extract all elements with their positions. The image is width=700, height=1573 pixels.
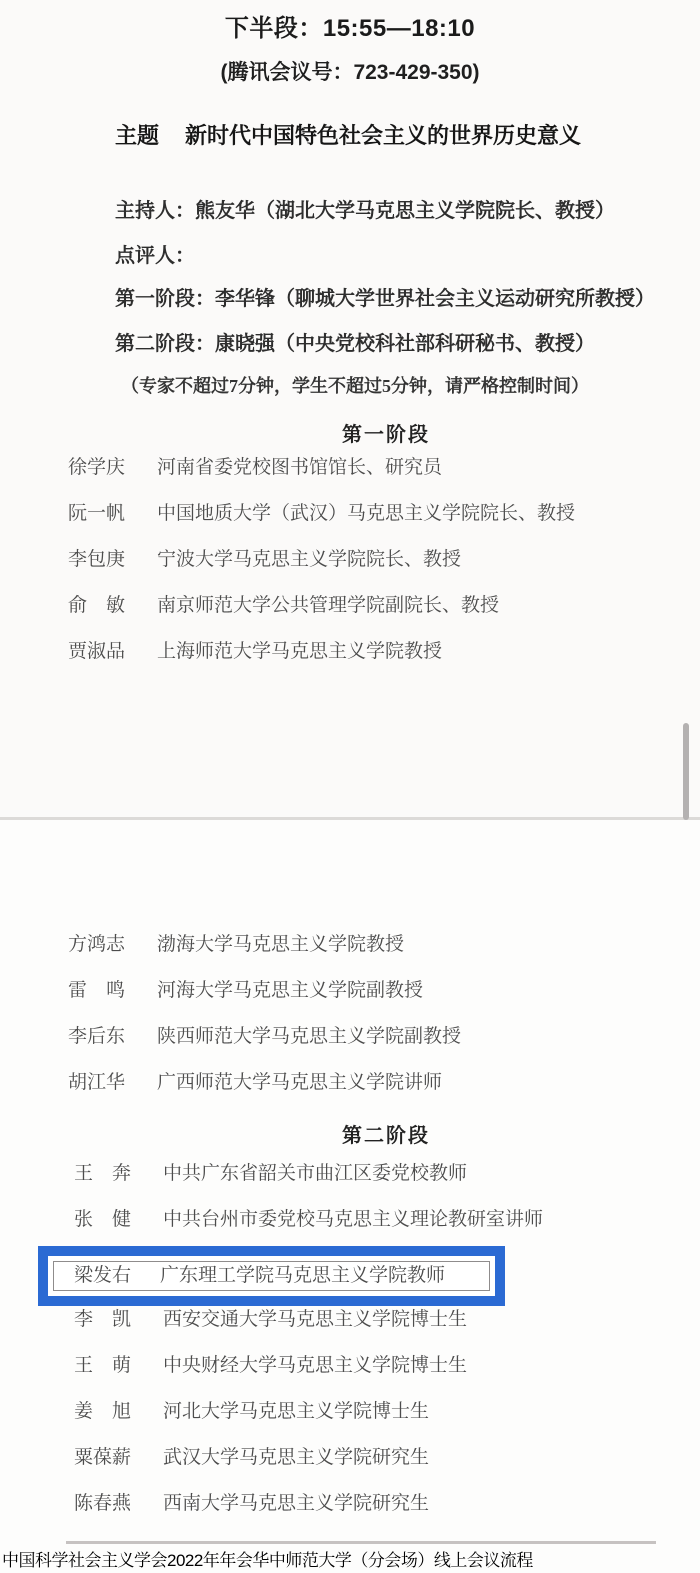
image-caption: 中国科学社会主义学会2022年年会华中师范大学（分会场）线上会议流程 bbox=[2, 1546, 533, 1571]
speaker-affiliation: 南京师范大学公共管理学院副院长、教授 bbox=[157, 595, 499, 616]
speaker-name: 梁发右 bbox=[74, 1262, 132, 1290]
speaker-affiliation: 中共广东省韶关市曲江区委党校教师 bbox=[163, 1163, 467, 1184]
topic-line: 主题新时代中国特色社会主义的世界历史意义 bbox=[115, 119, 581, 150]
speaker-name: 李包庚 bbox=[68, 548, 126, 572]
speaker-row: 贾淑品上海师范大学马克思主义学院教授 bbox=[68, 640, 575, 664]
footer-divider-line bbox=[66, 1541, 656, 1544]
scrollbar-thumb[interactable] bbox=[683, 723, 689, 820]
speaker-row: 李后东陕西师范大学马克思主义学院副教授 bbox=[68, 1025, 461, 1049]
speaker-name: 王 奔 bbox=[74, 1162, 132, 1186]
speaker-name: 雷 鸣 bbox=[68, 979, 126, 1003]
host-line: 主持人：熊友华（湖北大学马克思主义学院院长、教授） bbox=[115, 194, 615, 223]
speaker-affiliation: 广西师范大学马克思主义学院讲师 bbox=[157, 1072, 442, 1093]
document-screenshot: 下半段：15:55—18:10 (腾讯会议号：723-429-350) 主题新时… bbox=[0, 0, 700, 1573]
speaker-row: 雷 鸣河海大学马克思主义学院副教授 bbox=[68, 979, 461, 1003]
speaker-affiliation: 西安交通大学马克思主义学院博士生 bbox=[163, 1309, 467, 1330]
speaker-affiliation: 渤海大学马克思主义学院教授 bbox=[157, 934, 404, 955]
speaker-row: 粟葆薪武汉大学马克思主义学院研究生 bbox=[0, 1446, 543, 1470]
speaker-row: 姜 旭河北大学马克思主义学院博士生 bbox=[0, 1400, 543, 1424]
stage2-heading: 第二阶段 bbox=[0, 1119, 700, 1148]
stage2-commentator-line: 第二阶段：康晓强（中央党校科社部科研秘书、教授） bbox=[115, 327, 595, 356]
speaker-row: 俞 敏南京师范大学公共管理学院副院长、教授 bbox=[68, 594, 575, 618]
page-break-divider bbox=[0, 817, 700, 820]
speaker-affiliation: 中共台州市委党校马克思主义理论教研室讲师 bbox=[163, 1209, 543, 1230]
speaker-name: 胡江华 bbox=[68, 1071, 126, 1095]
topic-label: 主题 bbox=[115, 123, 159, 148]
speaker-row: 胡江华广西师范大学马克思主义学院讲师 bbox=[68, 1071, 461, 1095]
speaker-affiliation: 宁波大学马克思主义学院院长、教授 bbox=[157, 549, 461, 570]
highlight-inner-margin: 梁发右广东理工学院马克思主义学院教师 bbox=[48, 1256, 495, 1296]
speaker-affiliation: 武汉大学马克思主义学院研究生 bbox=[163, 1447, 429, 1468]
speaker-name: 李后东 bbox=[68, 1025, 126, 1049]
speaker-row: 方鸿志渤海大学马克思主义学院教授 bbox=[68, 933, 461, 957]
speaker-affiliation: 广东理工学院马克思主义学院教师 bbox=[160, 1265, 445, 1286]
stage1-speaker-list-page2: 方鸿志渤海大学马克思主义学院教授 雷 鸣河海大学马克思主义学院副教授 李后东陕西… bbox=[68, 933, 461, 1117]
speaker-name: 阮一帆 bbox=[68, 502, 126, 526]
speaker-name: 俞 敏 bbox=[68, 594, 126, 618]
meeting-id-line: (腾讯会议号：723-429-350) bbox=[0, 56, 700, 86]
stage1-speaker-list-page1: 徐学庆河南省委党校图书馆馆长、研究员 阮一帆中国地质大学（武汉）马克思主义学院院… bbox=[68, 456, 575, 686]
speaker-name: 陈春燕 bbox=[74, 1492, 132, 1516]
speaker-name: 王 萌 bbox=[74, 1354, 132, 1378]
speaker-affiliation: 中央财经大学马克思主义学院博士生 bbox=[163, 1355, 467, 1376]
speaker-affiliation: 河北大学马克思主义学院博士生 bbox=[163, 1401, 429, 1422]
highlight-annotation-box: 梁发右广东理工学院马克思主义学院教师 bbox=[38, 1246, 505, 1306]
speaker-row: 王 奔中共广东省韶关市曲江区委党校教师 bbox=[0, 1162, 543, 1186]
stage2-speaker-list: 王 奔中共广东省韶关市曲江区委党校教师 张 健中共台州市委党校马克思主义理论教研… bbox=[0, 1162, 543, 1538]
stage1-commentator-line: 第一阶段：李华锋（聊城大学世界社会主义运动研究所教授） bbox=[115, 282, 655, 311]
commentator-label: 点评人： bbox=[115, 239, 195, 268]
speaker-name: 徐学庆 bbox=[68, 456, 126, 480]
highlighted-speaker-row: 梁发右广东理工学院马克思主义学院教师 bbox=[53, 1261, 490, 1291]
speaker-name: 方鸿志 bbox=[68, 933, 126, 957]
speaker-affiliation: 西南大学马克思主义学院研究生 bbox=[163, 1493, 429, 1514]
speaker-affiliation: 河海大学马克思主义学院副教授 bbox=[157, 980, 423, 1001]
speaker-affiliation: 上海师范大学马克思主义学院教授 bbox=[157, 641, 442, 662]
speaker-row: 王 萌中央财经大学马克思主义学院博士生 bbox=[0, 1354, 543, 1378]
speaker-row: 张 健中共台州市委党校马克思主义理论教研室讲师 bbox=[0, 1208, 543, 1232]
speaker-name: 贾淑品 bbox=[68, 640, 126, 664]
speaker-name: 粟葆薪 bbox=[74, 1446, 132, 1470]
stage1-heading: 第一阶段 bbox=[0, 418, 700, 447]
speaker-row: 李 凯西安交通大学马克思主义学院博士生 bbox=[0, 1308, 543, 1332]
time-limit-note: （专家不超过7分钟，学生不超过5分钟，请严格控制时间） bbox=[121, 372, 589, 398]
speaker-affiliation: 河南省委党校图书馆馆长、研究员 bbox=[157, 457, 442, 478]
speaker-name: 姜 旭 bbox=[74, 1400, 132, 1424]
speaker-affiliation: 陕西师范大学马克思主义学院副教授 bbox=[157, 1026, 461, 1047]
speaker-name: 李 凯 bbox=[74, 1308, 132, 1332]
speaker-affiliation: 中国地质大学（武汉）马克思主义学院院长、教授 bbox=[157, 503, 575, 524]
topic-text: 新时代中国特色社会主义的世界历史意义 bbox=[185, 123, 581, 148]
speaker-name: 张 健 bbox=[74, 1208, 132, 1232]
speaker-row: 李包庚宁波大学马克思主义学院院长、教授 bbox=[68, 548, 575, 572]
speaker-row: 徐学庆河南省委党校图书馆馆长、研究员 bbox=[68, 456, 575, 480]
speaker-row: 阮一帆中国地质大学（武汉）马克思主义学院院长、教授 bbox=[68, 502, 575, 526]
speaker-row: 陈春燕西南大学马克思主义学院研究生 bbox=[0, 1492, 543, 1516]
session-title: 下半段：15:55—18:10 bbox=[0, 8, 700, 43]
